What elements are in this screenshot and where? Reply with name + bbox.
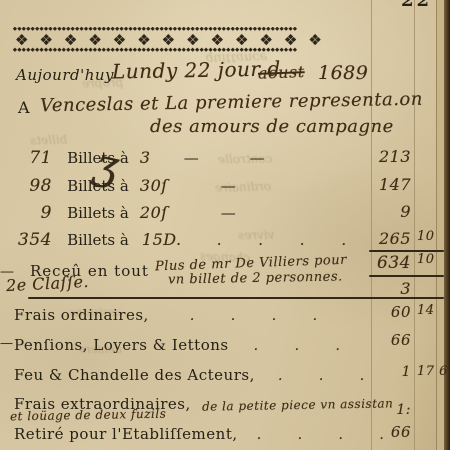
- expense-leaders: . . . .: [190, 308, 318, 324]
- expense-row: Frais ordinaires, . . . .: [14, 305, 370, 324]
- billet-leaders: —: [221, 204, 236, 222]
- expense-note-line1: de la petite piece vn assistan: [202, 396, 394, 413]
- expense-sols: 17 6: [417, 364, 450, 379]
- expense-leaders: . . . .: [257, 427, 385, 443]
- play-title-line2: des amours de campagne: [150, 116, 394, 137]
- expense-livres: 1: [373, 364, 411, 380]
- page-number-partial: 22: [401, 0, 432, 11]
- ornamental-headband: ◆◆◆◆◆◆◆◆◆◆◆◆◆◆◆◆◆◆◆◆◆◆◆◆◆◆◆◆◆◆◆◆◆◆◆◆◆◆◆◆…: [13, 27, 373, 55]
- billet-amount-livres: 265: [373, 229, 411, 248]
- billet-price: 30ſ: [140, 176, 168, 195]
- ornament-main-row: ❖❖❖❖❖❖❖❖❖❖❖❖❖: [15, 33, 373, 48]
- bleedthrough-mark: billets: [30, 132, 68, 147]
- billet-amount-livres: 213: [373, 147, 411, 166]
- expense-label: Retiré pour l'Etabliſſement,: [14, 425, 238, 443]
- receipt-note-line2: vn billet de 2 personnes.: [168, 269, 343, 287]
- receipt-livres: 3: [373, 279, 411, 298]
- expense-sols: 14: [417, 303, 450, 318]
- billet-count: 9: [0, 203, 52, 223]
- billets-row: 9 Billets à 20ſ —: [0, 203, 370, 223]
- billet-amount-sols: 10: [417, 229, 450, 244]
- handwritten-day: Lundy 22 jour d: [112, 57, 281, 84]
- expense-label: Feu & Chandelle des Acteurs,: [14, 366, 255, 384]
- total-sols: 10: [417, 252, 450, 267]
- printed-date-label: Aujourd'huy: [16, 66, 114, 84]
- expense-row: Feu & Chandelle des Acteurs, . . .: [14, 365, 370, 384]
- billet-label: Billets à: [67, 231, 129, 249]
- expense-livres: 1:: [373, 402, 411, 418]
- billet-label: Billets à: [67, 177, 129, 195]
- billet-leaders: . . . .: [217, 231, 347, 249]
- play-title-line1: Venceslas et La premiere representa.on: [40, 89, 423, 117]
- billet-leaders: —: [221, 177, 236, 195]
- billets-row: 98 Billets à 30ſ —: [0, 176, 370, 196]
- billet-count: 98: [0, 176, 52, 196]
- billet-leaders: — —: [184, 149, 265, 167]
- billets-row: 71 Billets à 3 — —: [0, 148, 370, 168]
- billet-label: Billets à: [67, 149, 129, 167]
- expense-row: Penſions, Loyers & Iettons . . .: [14, 335, 370, 354]
- billets-row: 354 Billets à 15D. . . . .: [0, 230, 370, 250]
- billet-label: Billets à: [67, 204, 129, 222]
- expense-row: Retiré pour l'Etabliſſement, . . . .: [14, 424, 370, 443]
- expense-livres: 60: [373, 303, 411, 321]
- expense-label: Frais ordinaires,: [14, 306, 149, 324]
- manuscript-page: 22 quittance propre billets controlle or…: [0, 0, 450, 450]
- expense-note-line2: et loüage de deux fuzils: [10, 407, 167, 424]
- billet-amount-livres: 147: [373, 175, 411, 194]
- expense-label: Penſions, Loyers & Iettons: [14, 336, 229, 354]
- billet-price: 20ſ: [140, 203, 168, 222]
- sum-rule-bottom: [369, 275, 444, 277]
- page-edge-dark: [444, 0, 450, 450]
- scratched-month: aoust: [258, 62, 305, 83]
- expense-leaders: . . .: [254, 338, 341, 354]
- total-livres: 634: [373, 253, 411, 273]
- billet-price: 3: [140, 148, 151, 167]
- class-note: 2e Claſſe.: [6, 272, 90, 295]
- section-divider-rule: [28, 297, 444, 299]
- money-column-rule-left: [371, 0, 372, 450]
- expense-livres: 66: [373, 423, 411, 441]
- billet-amount-livres: 9: [373, 202, 411, 221]
- billet-count: 354: [0, 230, 52, 250]
- expense-livres: 66: [373, 331, 411, 349]
- money-column-rule-sols: [414, 0, 415, 450]
- expense-leaders: . . .: [278, 368, 365, 384]
- margin-tick: —: [0, 336, 14, 351]
- billet-count: 71: [0, 148, 52, 168]
- page-edge-light: [436, 0, 444, 450]
- handwritten-year: 1689: [318, 62, 368, 84]
- play-prefix: A: [18, 98, 30, 117]
- billet-price: 15D.: [142, 230, 182, 249]
